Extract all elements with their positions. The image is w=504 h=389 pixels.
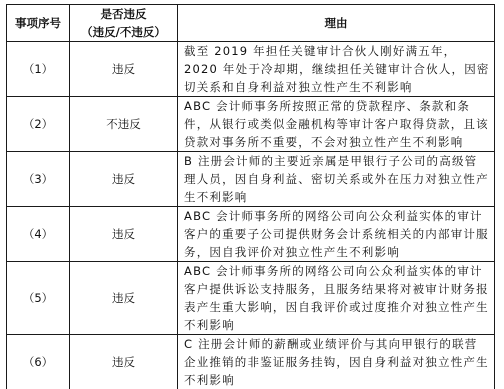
- reason: ABC 会计师事务所的网络公司向公众利益实体的审计客户的重要子公司提供财务会计系…: [178, 207, 495, 262]
- item-no: （6）: [7, 335, 70, 389]
- reason: 截至 2019 年担任关键审计合伙人刚好满五年，2020 年处于冷却期，继续担任…: [178, 42, 495, 97]
- header-violation-line1: 是否违反: [70, 5, 177, 23]
- item-no: （2）: [7, 97, 70, 152]
- reason: ABC 会计师事务所的网络公司向公众利益实体的审计客户提供诉讼支持服务，且服务结…: [178, 262, 495, 335]
- item-no: （3）: [7, 152, 70, 207]
- table-row: （4） 违反 ABC 会计师事务所的网络公司向公众利益实体的审计客户的重要子公司…: [7, 207, 495, 262]
- item-no: （5）: [7, 262, 70, 335]
- header-item-no: 事项序号: [7, 5, 70, 42]
- independence-table: 事项序号 是否违反 （违反/不违反） 理由 （1） 违反 截至 2019 年担任…: [6, 4, 495, 389]
- verdict: 违反: [70, 42, 178, 97]
- verdict: 违反: [70, 152, 178, 207]
- reason: ABC 会计师事务所按照正常的贷款程序、条款和条件，从银行或类似金融机构等审计客…: [178, 97, 495, 152]
- table-row: （2） 不违反 ABC 会计师事务所按照正常的贷款程序、条款和条件，从银行或类似…: [7, 97, 495, 152]
- verdict: 不违反: [70, 97, 178, 152]
- table-row: （5） 违反 ABC 会计师事务所的网络公司向公众利益实体的审计客户提供诉讼支持…: [7, 262, 495, 335]
- verdict: 违反: [70, 335, 178, 389]
- table-row: （1） 违反 截至 2019 年担任关键审计合伙人刚好满五年，2020 年处于冷…: [7, 42, 495, 97]
- item-no: （4）: [7, 207, 70, 262]
- item-no: （1）: [7, 42, 70, 97]
- header-row: 事项序号 是否违反 （违反/不违反） 理由: [7, 5, 495, 42]
- table-row: （3） 违反 B 注册会计师的主要近亲属是甲银行子公司的高级管理人员，因自身利益…: [7, 152, 495, 207]
- reason: B 注册会计师的主要近亲属是甲银行子公司的高级管理人员，因自身利益、密切关系或外…: [178, 152, 495, 207]
- verdict: 违反: [70, 207, 178, 262]
- header-violation-line2: （违反/不违反）: [70, 23, 177, 41]
- reason: C 注册会计师的薪酬或业绩评价与其向甲银行的联营企业推销的非鉴证服务挂钩，因自身…: [178, 335, 495, 389]
- header-reason: 理由: [178, 5, 495, 42]
- header-violation: 是否违反 （违反/不违反）: [70, 5, 178, 42]
- table-row: （6） 违反 C 注册会计师的薪酬或业绩评价与其向甲银行的联营企业推销的非鉴证服…: [7, 335, 495, 389]
- verdict: 违反: [70, 262, 178, 335]
